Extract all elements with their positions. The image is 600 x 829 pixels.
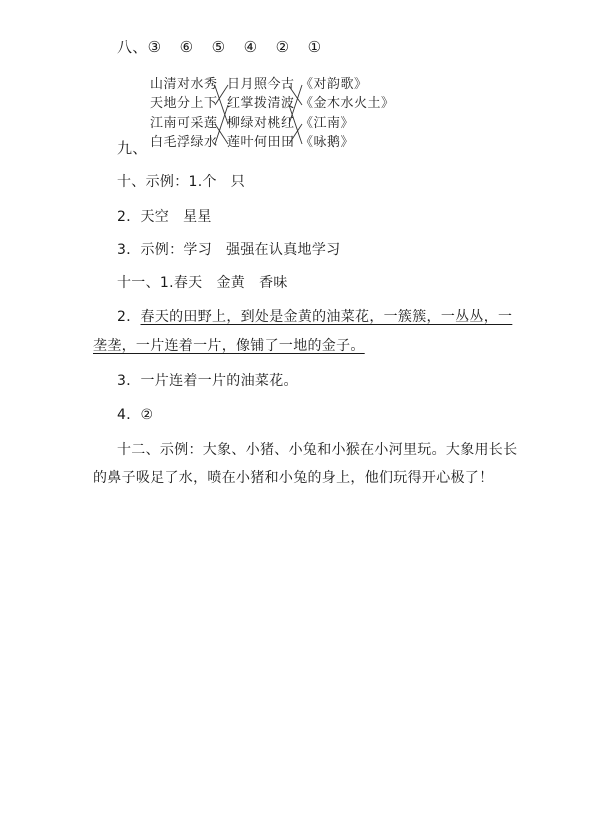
- link-line: [215, 124, 228, 144]
- section-10-item-2: 2．天空星星: [117, 208, 212, 226]
- link-line: [289, 124, 302, 144]
- item-answer: 星星: [183, 209, 212, 225]
- underlined-sentence: 春天的田野上，到处是金黄的油菜花，一簇簇，一丛丛，一: [141, 309, 513, 325]
- item-prefix: 十一、1.春天: [117, 275, 202, 291]
- item-answer: 金黄: [216, 275, 245, 291]
- item-answer: 只: [231, 174, 245, 190]
- link-line: [289, 85, 302, 124]
- section-11-item-3: 3．一片连着一片的油菜花。: [117, 372, 298, 390]
- link-line: [215, 86, 228, 124]
- item-prefix: 十、示例：1.个: [117, 174, 217, 190]
- section-9-label: 九、: [117, 139, 148, 157]
- link-line: [215, 105, 228, 144]
- underlined-sentence: 垄垄，一片连着一片，像铺了一地的金子。: [93, 338, 365, 354]
- link-line: [289, 105, 302, 144]
- section-10-item-3: 3．示例：学习强强在认真地学习: [117, 241, 340, 259]
- section-11-item-1: 十一、1.春天金黄香味: [117, 274, 288, 292]
- matching-lines: [0, 0, 600, 200]
- section-11-item-2-line-2: 垄垄，一片连着一片，像铺了一地的金子。: [93, 337, 365, 355]
- item-number: 2．: [117, 309, 141, 325]
- section-12-line-2: 的鼻子吸足了水，喷在小猪和小兔的身上，他们玩得开心极了！: [93, 469, 493, 487]
- item-prefix: 3．示例：学习: [117, 242, 212, 258]
- item-prefix: 2．天空: [117, 209, 169, 225]
- item-answer: 强强在认真地学习: [226, 242, 340, 258]
- link-line: [289, 86, 302, 105]
- section-12-line-1: 十二、示例：大象、小猪、小兔和小猴在小河里玩。大象用长长: [117, 441, 517, 459]
- link-line: [215, 85, 228, 105]
- section-10-item-1: 十、示例：1.个只: [117, 173, 245, 191]
- item-answer: 香味: [259, 275, 288, 291]
- section-11-item-2-line-1: 2．春天的田野上，到处是金黄的油菜花，一簇簇，一丛丛，一: [117, 308, 512, 326]
- section-11-item-4: 4．②: [117, 406, 153, 424]
